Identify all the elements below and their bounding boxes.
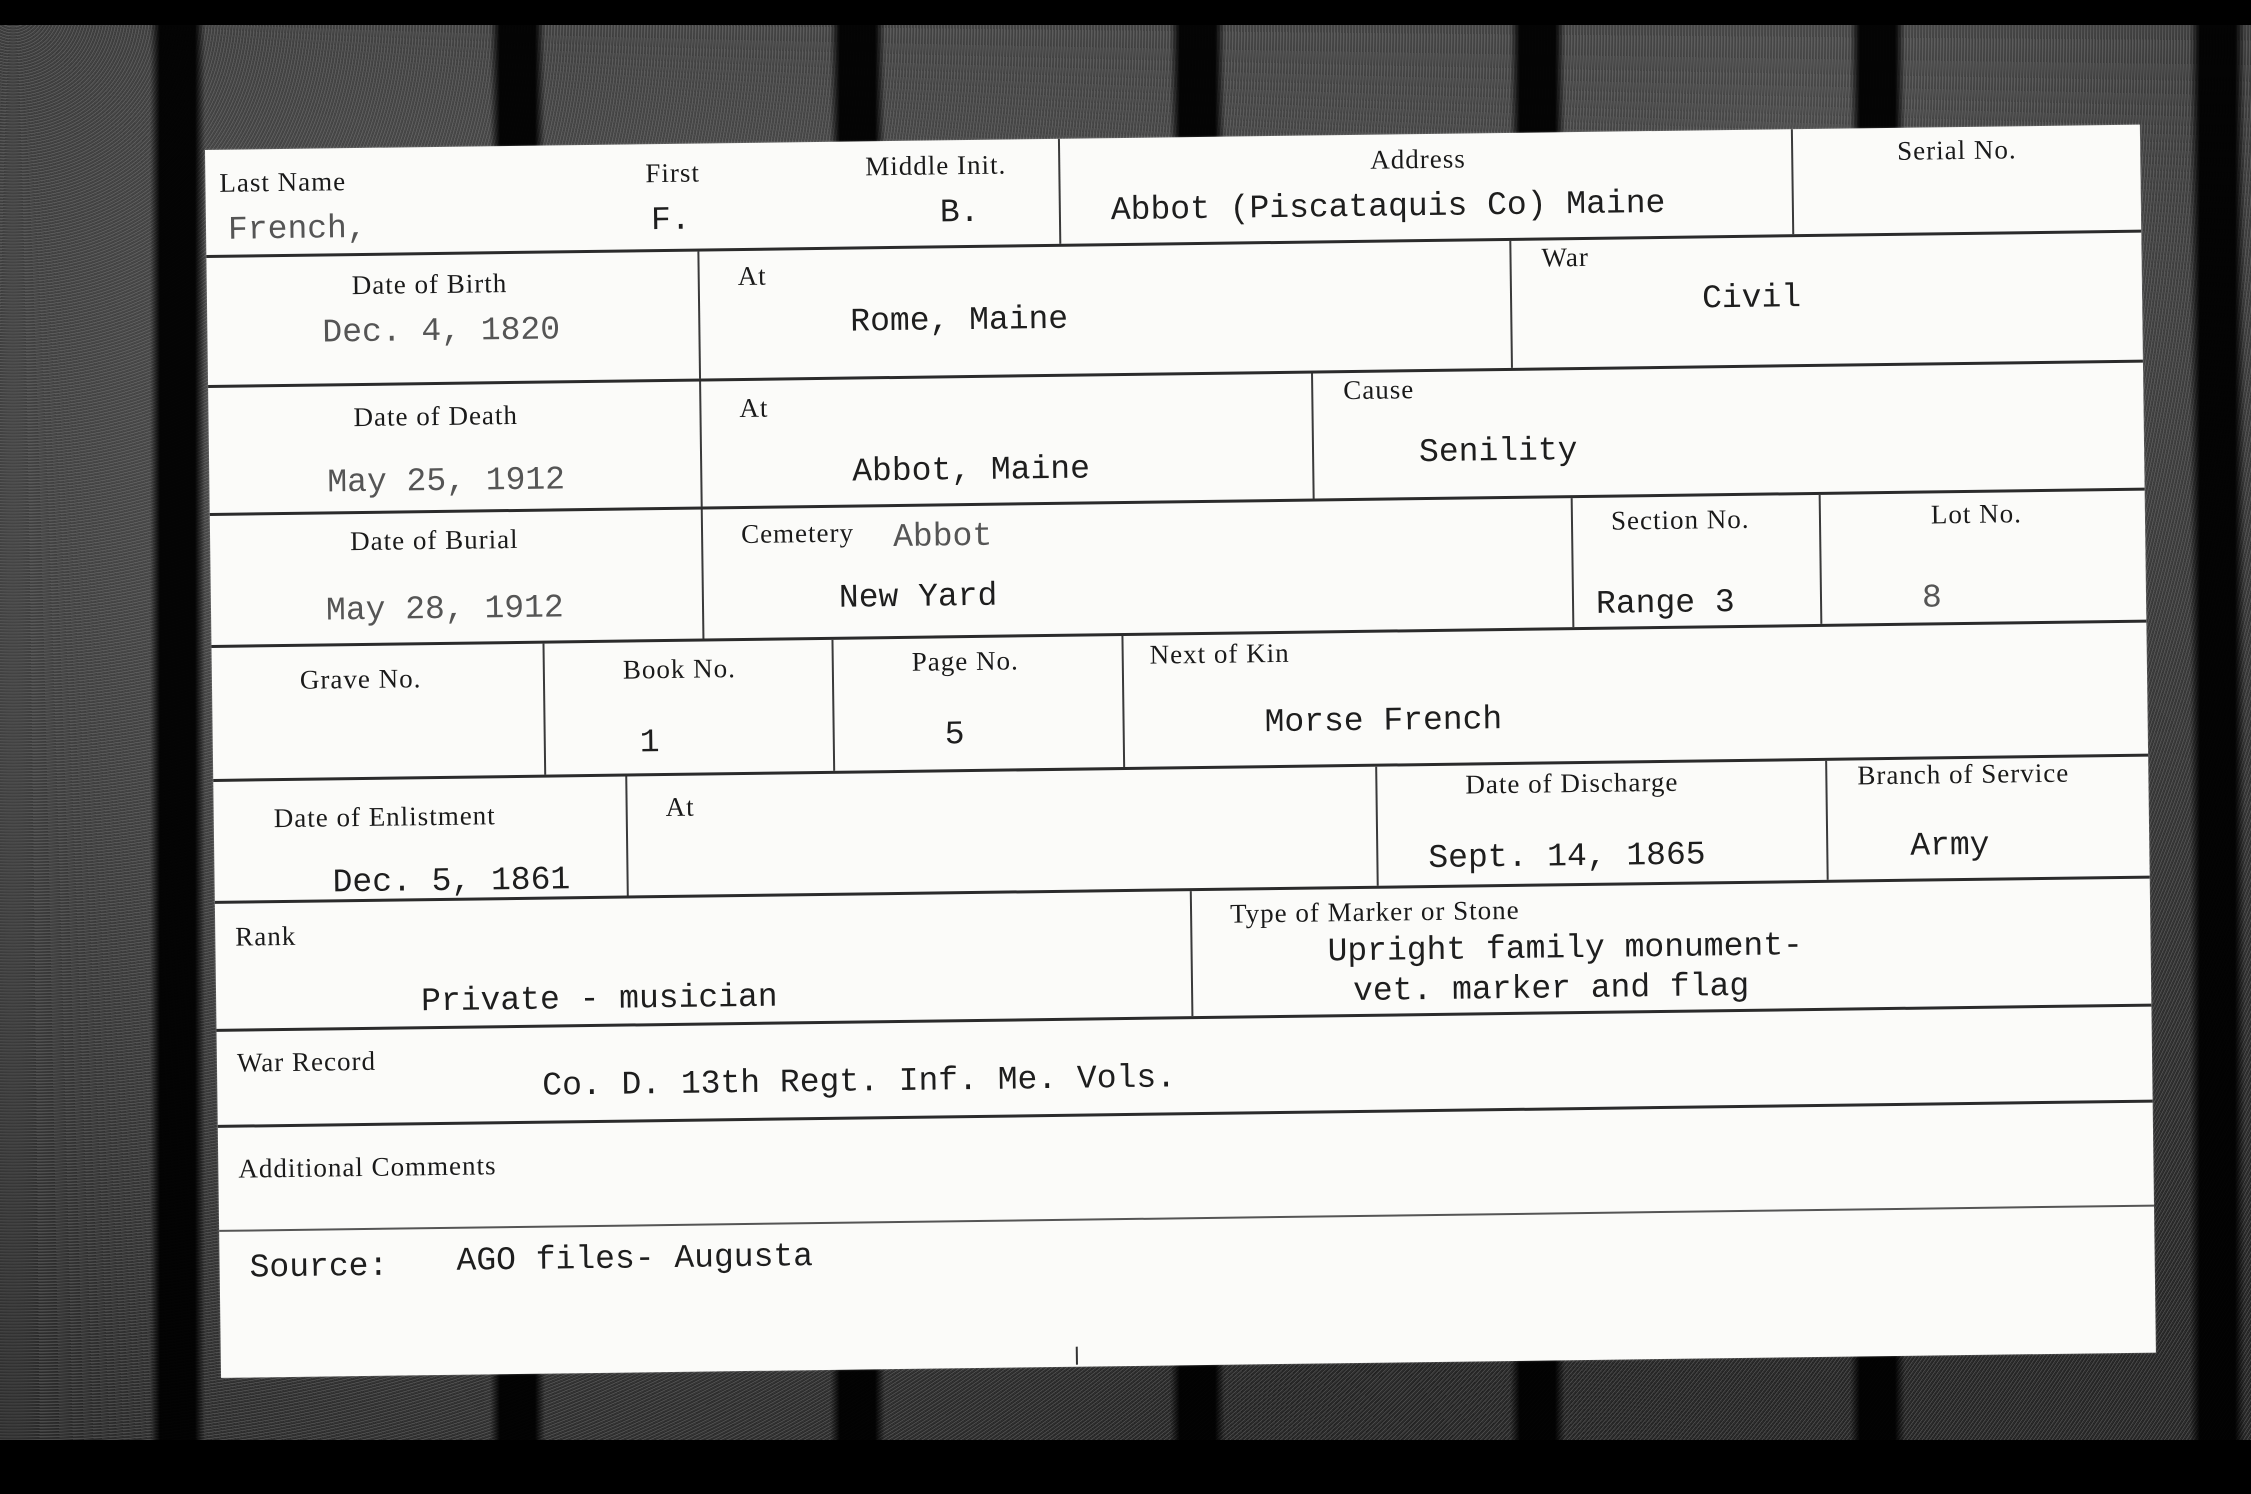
label-birth-at: At	[737, 261, 766, 292]
value-war: Civil	[1702, 279, 1802, 317]
label-war: War	[1541, 242, 1589, 274]
label-death-cause: Cause	[1343, 374, 1414, 406]
value-marker-line2: vet. marker and flag	[1353, 968, 1750, 1010]
value-book-no: 1	[640, 724, 660, 761]
value-source: AGO files- Augusta	[456, 1238, 813, 1280]
value-last-name: French,	[228, 210, 367, 249]
value-rank: Private - musician	[421, 979, 778, 1021]
value-page-no: 5	[944, 716, 964, 753]
label-source: Source:	[249, 1248, 388, 1287]
value-address: Abbot (Piscataquis Co) Maine	[1111, 185, 1666, 229]
cell-branch-of-service: Branch of Service Army	[1825, 757, 2150, 880]
scanner-top-edge	[0, 0, 2251, 25]
cell-date-of-burial: Date of Burial May 28, 1912	[210, 510, 703, 645]
value-date-of-death: May 25, 1912	[327, 461, 565, 501]
row-grave-book-page-kin: Grave No. Book No. 1 Page No. 5 Next of …	[212, 623, 2149, 782]
row-birth: Date of Birth Dec. 4, 1820 At Rome, Main…	[206, 233, 2143, 388]
label-section-no: Section No.	[1611, 504, 1750, 537]
row-burial: Date of Burial May 28, 1912 Cemetery Abb…	[210, 491, 2147, 648]
cell-death-cause: Cause Senility	[1311, 363, 2145, 499]
label-date-of-burial: Date of Burial	[350, 524, 519, 557]
value-branch-of-service: Army	[1910, 827, 1990, 865]
cell-address: Address Abbot (Piscataquis Co) Maine	[1058, 129, 1792, 244]
label-branch-of-service: Branch of Service	[1857, 758, 2069, 792]
cell-cemetery: Cemetery Abbot New Yard	[701, 498, 1573, 638]
label-death-at: At	[739, 393, 768, 424]
cell-war: War Civil	[1509, 233, 2143, 368]
label-grave-no: Grave No.	[300, 663, 422, 696]
cell-middle-init: Middle Init. B.	[845, 139, 1056, 247]
value-war-record: Co. D. 13th Regt. Inf. Me. Vols.	[542, 1059, 1176, 1104]
cell-serial-no: Serial No.	[1791, 125, 2141, 235]
cell-rank: Rank Private - musician	[215, 891, 1192, 1029]
label-war-record: War Record	[237, 1046, 376, 1079]
cell-grave-no: Grave No.	[212, 644, 545, 779]
value-lot-no: 8	[1922, 579, 1942, 616]
label-date-of-death: Date of Death	[353, 400, 518, 433]
value-cemetery-name: Abbot	[893, 518, 993, 556]
cell-marker-type: Type of Marker or Stone Upright family m…	[1190, 879, 2152, 1017]
veteran-grave-record-card: Last Name French, First F. Middle Init. …	[205, 125, 2156, 1378]
value-date-of-discharge: Sept. 14, 1865	[1428, 836, 1706, 877]
cell-page-no: Page No. 5	[831, 636, 1123, 771]
value-date-of-birth: Dec. 4, 1820	[322, 311, 560, 351]
cell-date-of-discharge: Date of Discharge Sept. 14, 1865	[1375, 761, 1827, 886]
row-death: Date of Death May 25, 1912 At Abbot, Mai…	[208, 363, 2145, 516]
row-rank-marker: Rank Private - musician Type of Marker o…	[215, 879, 2152, 1032]
value-marker-line1: Upright family monument-	[1327, 927, 1803, 970]
value-next-of-kin: Morse French	[1264, 701, 1502, 741]
label-book-no: Book No.	[623, 653, 736, 685]
label-marker-type: Type of Marker or Stone	[1230, 895, 1520, 930]
label-enlistment-at: At	[665, 792, 694, 823]
label-page-no: Page No.	[912, 645, 1019, 677]
label-last-name: Last Name	[219, 166, 346, 199]
value-date-of-burial: May 28, 1912	[326, 589, 564, 629]
cell-date-of-birth: Date of Birth Dec. 4, 1820	[206, 252, 699, 385]
label-middle-init: Middle Init.	[865, 150, 1006, 183]
cell-enlistment-at: At	[625, 767, 1376, 896]
value-death-place: Abbot, Maine	[852, 450, 1090, 490]
value-date-of-enlistment: Dec. 5, 1861	[332, 861, 570, 901]
cell-next-of-kin: Next of Kin Morse French	[1121, 623, 2148, 767]
label-address: Address	[1370, 143, 1466, 175]
cell-book-no: Book No. 1	[542, 640, 833, 775]
label-date-of-enlistment: Date of Enlistment	[274, 800, 496, 834]
value-first-name: F.	[651, 202, 691, 240]
value-death-cause: Senility	[1419, 432, 1578, 471]
label-serial-no: Serial No.	[1897, 134, 2017, 167]
cell-last-name: Last Name French,	[205, 146, 506, 255]
cell-first-name: First F.	[515, 143, 716, 251]
cell-date-of-enlistment: Date of Enlistment Dec. 5, 1861	[213, 777, 627, 901]
label-first-name: First	[645, 158, 700, 190]
cell-death-at: At Abbot, Maine	[699, 374, 1313, 507]
scanner-bottom-edge	[0, 1440, 2251, 1494]
cell-date-of-death: Date of Death May 25, 1912	[208, 382, 701, 513]
value-cemetery-yard: New Yard	[839, 578, 998, 617]
value-section-no: Range 3	[1596, 584, 1735, 623]
bottom-tick-mark	[1076, 1347, 1078, 1365]
label-additional-comments: Additional Comments	[238, 1150, 497, 1184]
value-middle-init: B.	[940, 194, 980, 232]
cell-birth-at: At Rome, Maine	[697, 241, 1511, 379]
label-rank: Rank	[235, 921, 296, 953]
label-date-of-birth: Date of Birth	[352, 268, 508, 301]
label-lot-no: Lot No.	[1931, 498, 2022, 530]
label-cemetery: Cemetery	[741, 518, 854, 550]
row-source: Source: AGO files- Augusta	[219, 1207, 2156, 1378]
cell-lot-no: Lot No. 8	[1819, 491, 2147, 624]
cell-section-no: Section No. Range 3	[1571, 495, 1821, 627]
value-birth-place: Rome, Maine	[850, 301, 1068, 341]
label-next-of-kin: Next of Kin	[1149, 638, 1289, 671]
label-date-of-discharge: Date of Discharge	[1465, 767, 1678, 801]
